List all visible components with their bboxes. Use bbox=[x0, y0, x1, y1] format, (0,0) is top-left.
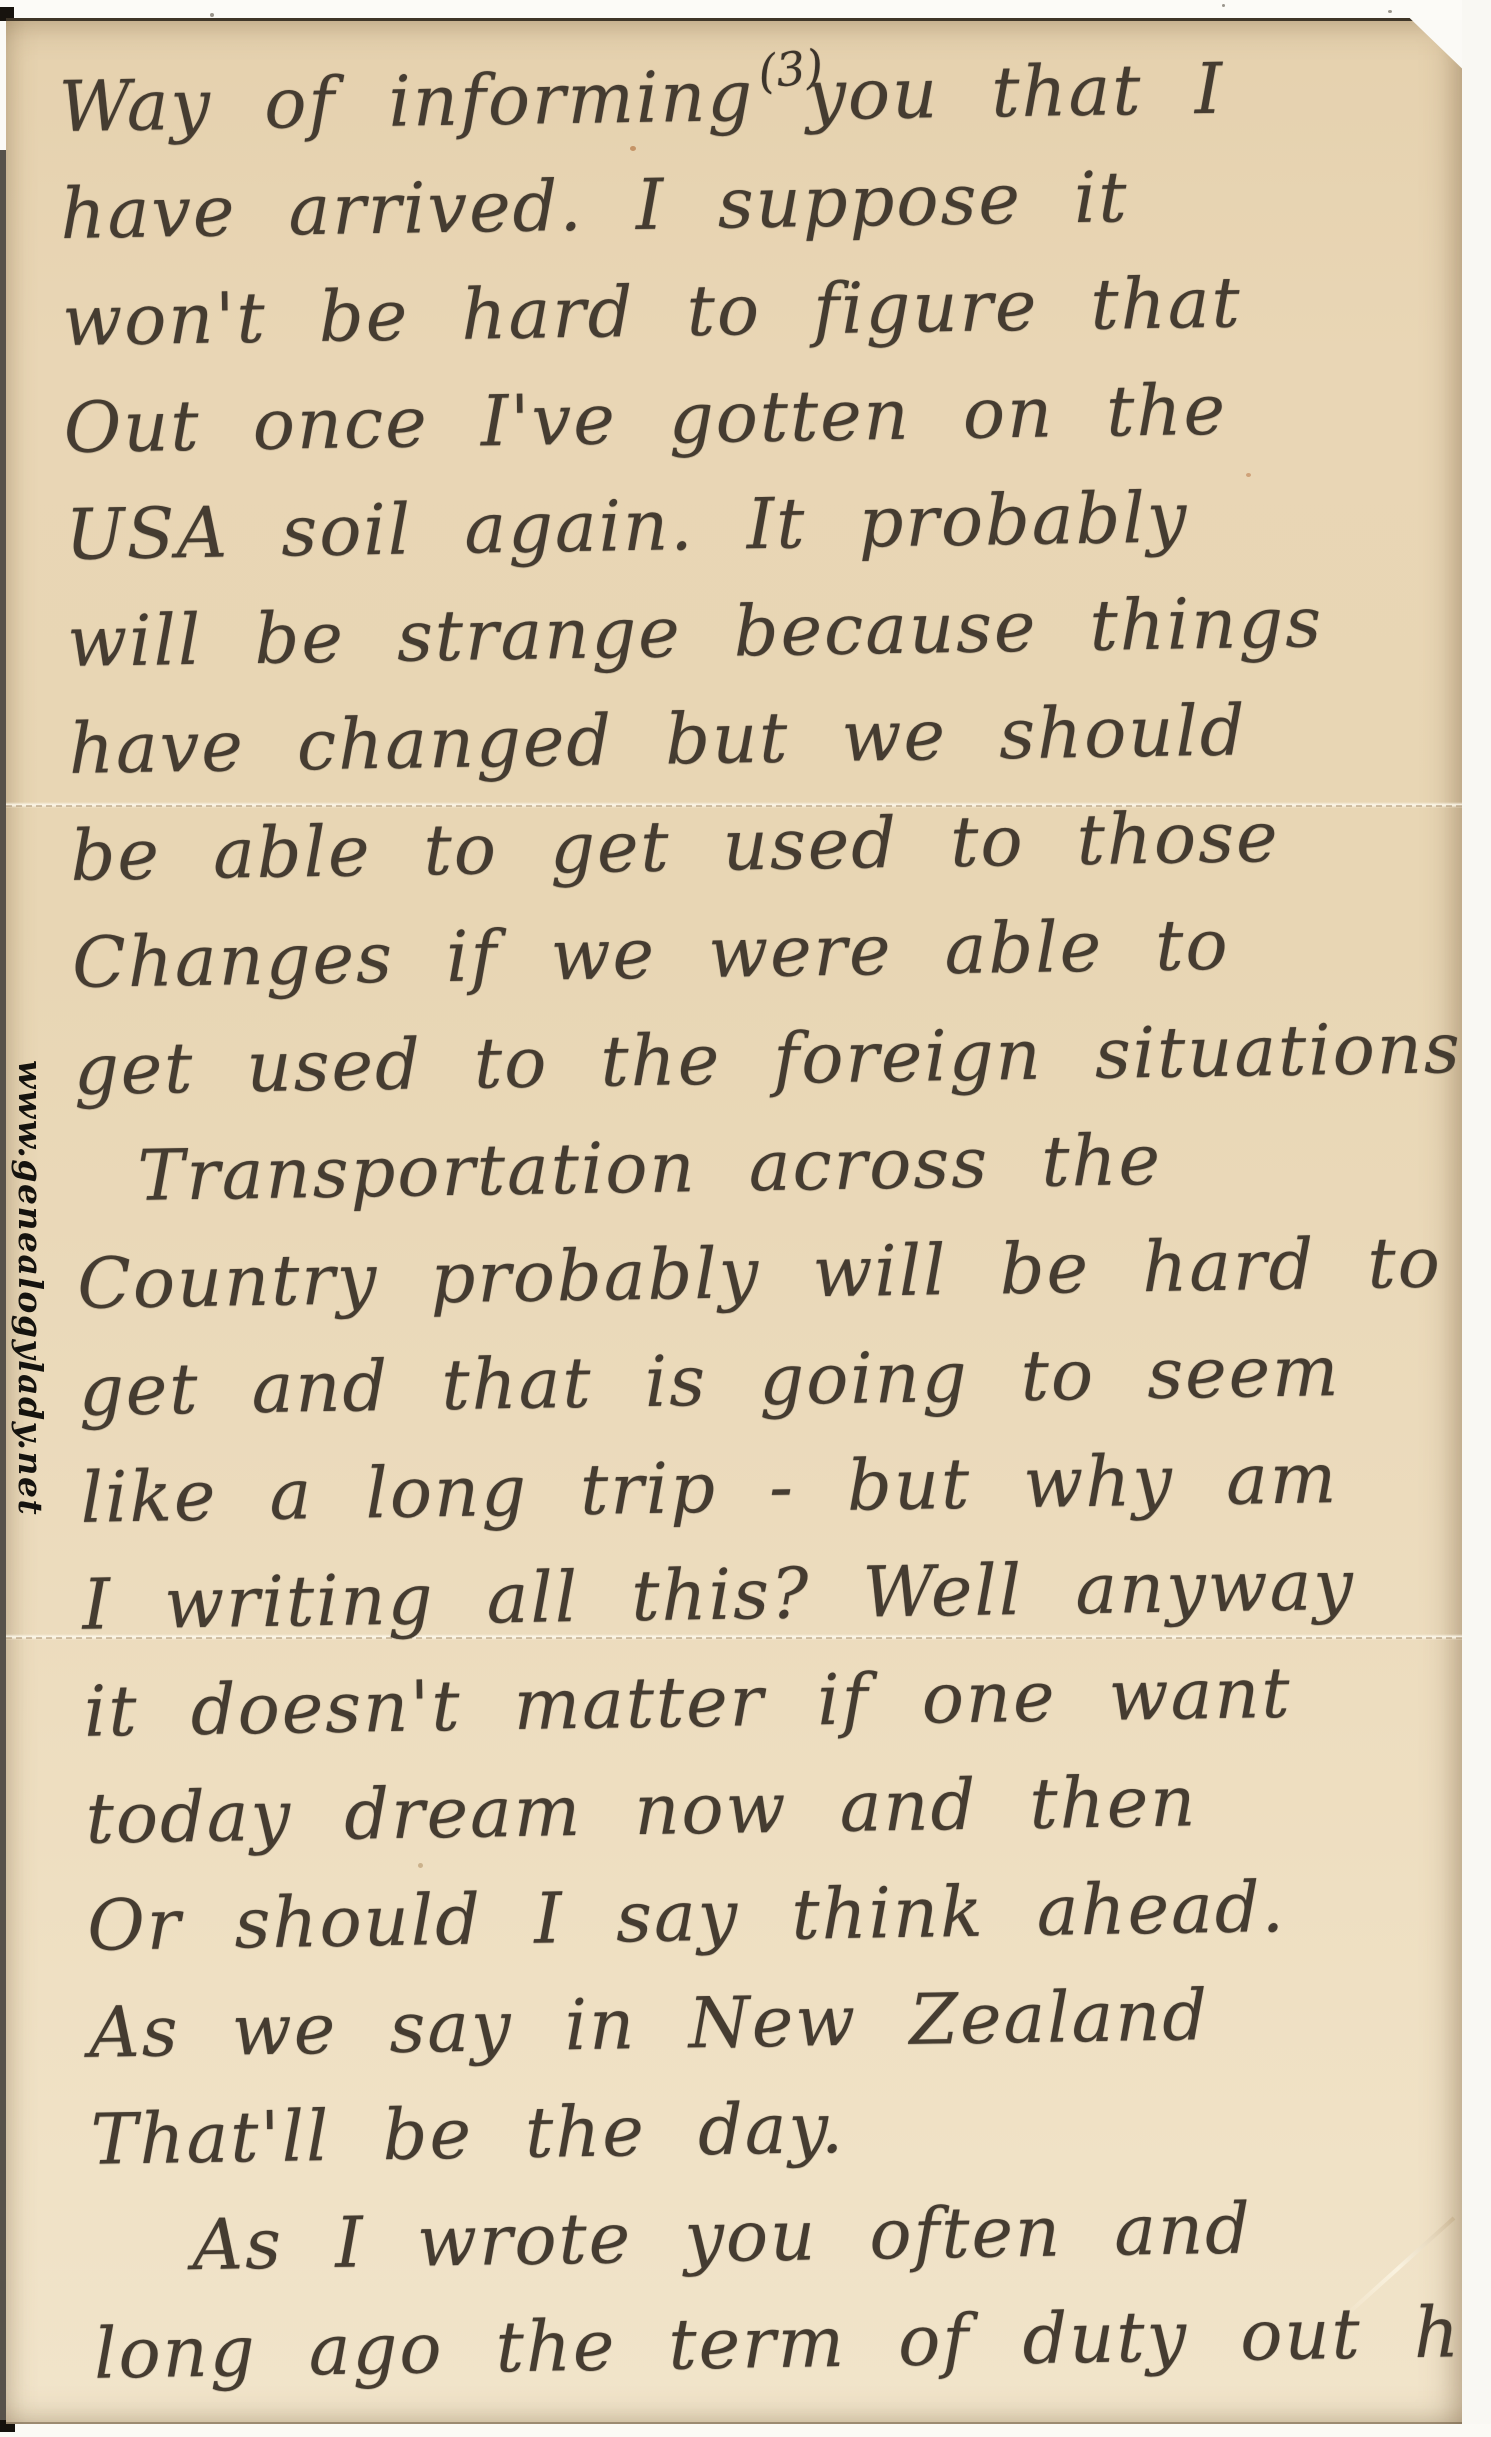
scanned-letter-page: (3) www.genealogylady.net Way of informi… bbox=[0, 0, 1491, 2437]
scan-speck bbox=[210, 13, 214, 17]
scan-speck bbox=[1222, 4, 1225, 7]
scanner-background-right bbox=[1462, 0, 1491, 2437]
letter-body: Way of informing you that I have arrived… bbox=[58, 32, 1485, 2408]
letter-line: will be strange because things bbox=[66, 567, 1458, 696]
watermark: www.genealogylady.net bbox=[11, 1060, 50, 1516]
letter-paper: (3) www.genealogylady.net Way of informi… bbox=[6, 18, 1462, 2424]
scan-speck bbox=[1388, 10, 1392, 13]
scanner-background-bottom bbox=[0, 2424, 1491, 2437]
letter-line: Or should I say think ahead. bbox=[87, 1851, 1479, 1980]
letter-line: long ago the term of duty out here bbox=[93, 2279, 1485, 2408]
letter-line: it doesn't matter if one want bbox=[83, 1637, 1475, 1766]
scanner-edge-shadow bbox=[0, 150, 6, 2424]
scanner-background-top bbox=[0, 0, 1491, 20]
letter-line: be able to get used to those bbox=[70, 781, 1462, 910]
letter-line: get used to the foreign situations bbox=[73, 995, 1465, 1124]
